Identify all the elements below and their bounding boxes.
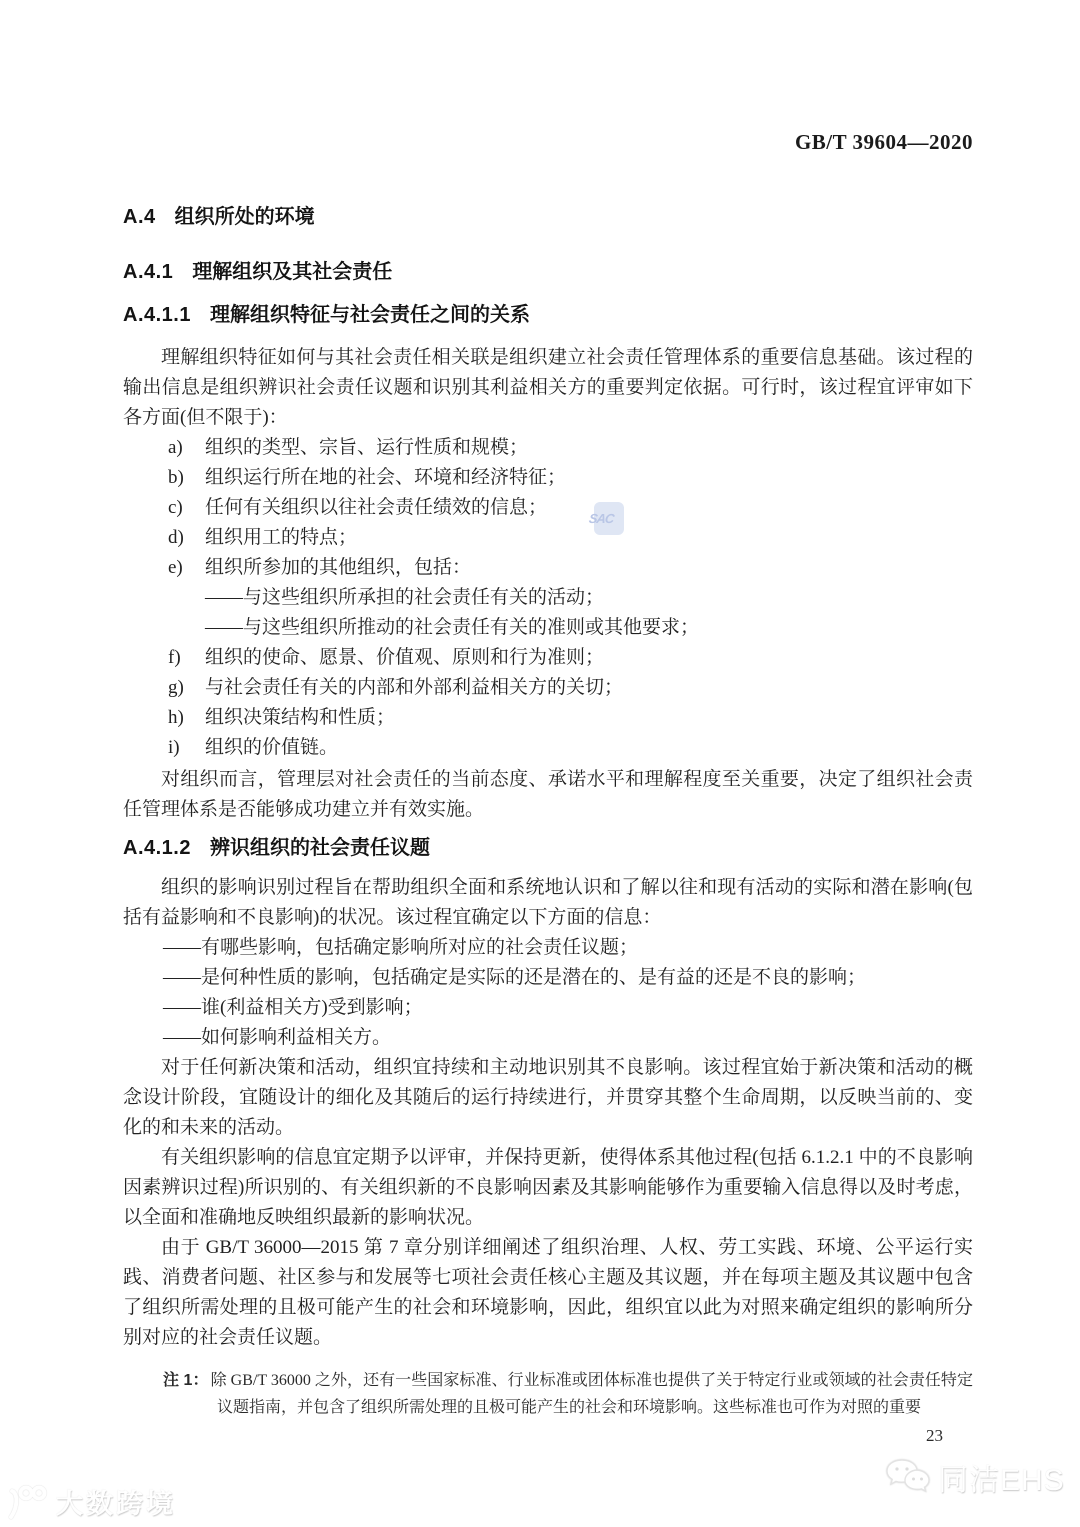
standard-code-header: GB/T 39604—2020 xyxy=(123,130,973,154)
list-item-text: 组织运行所在地的社会、环境和经济特征； xyxy=(205,467,566,488)
document-page: { "header": { "standard_code": "GB/T 396… xyxy=(0,0,1080,1527)
letter-list-2: f)组织的使命、愿景、价值观、原则和行为准则； g)与社会责任有关的内部和外部利… xyxy=(123,643,973,763)
list-item-text: 组织决策结构和性质； xyxy=(205,707,395,728)
list-item: h)组织决策结构和性质； xyxy=(123,703,973,733)
paragraph: 由于 GB/T 36000—2015 第 7 章分别详细阐述了组织治理、人权、劳… xyxy=(123,1233,973,1353)
heading-a412-title: 辨识组织的社会责任议题 xyxy=(210,837,430,859)
list-marker: h) xyxy=(168,703,184,733)
list-marker: g) xyxy=(168,673,184,703)
paragraph: 理解组织特征如何与其社会责任相关联是组织建立社会责任管理体系的重要信息基础。该过… xyxy=(123,343,973,433)
list-item-text: 任何有关组织以往社会责任绩效的信息； xyxy=(205,497,547,518)
heading-a411-label: A.4.1.1 xyxy=(123,304,191,326)
brand-watermark-right: 同洁EHS xyxy=(884,1455,1065,1499)
heading-a4-title: 组织所处的环境 xyxy=(175,206,315,228)
list-item: i)组织的价值链。 xyxy=(123,733,973,763)
list-item: g)与社会责任有关的内部和外部利益相关方的关切； xyxy=(123,673,973,703)
heading-a41-label: A.4.1 xyxy=(123,261,173,283)
paragraph: 对组织而言，管理层对社会责任的当前态度、承诺水平和理解程度至关重要，决定了组织社… xyxy=(123,765,973,825)
list-item-text: 组织的使命、愿景、价值观、原则和行为准则； xyxy=(205,647,604,668)
dash-list-item: ——与这些组织所承担的社会责任有关的活动； xyxy=(123,583,973,613)
list-marker: e) xyxy=(168,553,183,583)
brand-watermark-left-text: 大数跨境 xyxy=(56,1482,176,1521)
brand-watermark-left: 大数跨境 xyxy=(6,1482,176,1521)
list-item: c)任何有关组织以往社会责任绩效的信息； xyxy=(123,493,973,523)
list-item: a)组织的类型、宗旨、运行性质和规模； xyxy=(123,433,973,463)
list-item: f)组织的使命、愿景、价值观、原则和行为准则； xyxy=(123,643,973,673)
dashu-logo-icon xyxy=(6,1483,48,1521)
heading-a4: A.4组织所处的环境 xyxy=(123,202,973,232)
paragraph: 对于任何新决策和活动，组织宜持续和主动地识别其不良影响。该过程宜始于新决策和活动… xyxy=(123,1053,973,1143)
dash-list-item: ——有哪些影响，包括确定影响所对应的社会责任议题； xyxy=(123,933,973,963)
note-text: 除 GB/T 36000 之外，还有一些国家标准、行业标准或团体标准也提供了关于… xyxy=(211,1372,973,1416)
note-label: 注 1： xyxy=(163,1372,209,1389)
note-1: 注 1：除 GB/T 36000 之外，还有一些国家标准、行业标准或团体标准也提… xyxy=(123,1367,973,1421)
document-content: GB/T 39604—2020 A.4组织所处的环境 A.4.1理解组织及其社会… xyxy=(0,130,1080,1448)
dash-list-item: ——谁(利益相关方)受到影响； xyxy=(123,993,973,1023)
list-item-text: 与社会责任有关的内部和外部利益相关方的关切； xyxy=(205,677,623,698)
list-marker: f) xyxy=(168,643,181,673)
wechat-icon xyxy=(884,1456,932,1498)
list-item-text: 组织用工的特点； xyxy=(205,527,357,548)
e-sub-dash-list: ——与这些组织所承担的社会责任有关的活动； ——与这些组织所推动的社会责任有关的… xyxy=(123,583,973,643)
paragraph: 组织的影响识别过程旨在帮助组织全面和系统地认识和了解以往和现有活动的实际和潜在影… xyxy=(123,873,973,933)
dash-list-item: ——如何影响利益相关方。 xyxy=(123,1023,973,1053)
page-number: 23 xyxy=(123,1424,973,1448)
list-item: b)组织运行所在地的社会、环境和经济特征； xyxy=(123,463,973,493)
heading-a411: A.4.1.1理解组织特征与社会责任之间的关系 xyxy=(123,300,973,330)
list-item-text: 组织的类型、宗旨、运行性质和规模； xyxy=(205,437,528,458)
list-marker: d) xyxy=(168,523,184,553)
heading-a412: A.4.1.2辨识组织的社会责任议题 xyxy=(123,833,973,863)
heading-a4-label: A.4 xyxy=(123,206,156,228)
list-item-text: 组织的价值链。 xyxy=(205,737,338,758)
brand-watermark-right-text: 同洁EHS xyxy=(938,1455,1065,1499)
list-marker: b) xyxy=(168,463,184,493)
list-item: e)组织所参加的其他组织，包括： xyxy=(123,553,973,583)
dash-list-item: ——是何种性质的影响，包括确定是实际的还是潜在的、是有益的还是不良的影响； xyxy=(123,963,973,993)
letter-list-1: a)组织的类型、宗旨、运行性质和规模； b)组织运行所在地的社会、环境和经济特征… xyxy=(123,433,973,583)
heading-a412-label: A.4.1.2 xyxy=(123,837,191,859)
list-marker: i) xyxy=(168,733,180,763)
list-item-text: 组织所参加的其他组织，包括： xyxy=(205,557,471,578)
list-marker: a) xyxy=(168,433,183,463)
paragraph: 有关组织影响的信息宜定期予以评审，并保持更新，使得体系其他过程(包括 6.1.2… xyxy=(123,1143,973,1233)
heading-a411-title: 理解组织特征与社会责任之间的关系 xyxy=(210,304,530,326)
list-item: d)组织用工的特点； xyxy=(123,523,973,553)
heading-a41-title: 理解组织及其社会责任 xyxy=(192,261,392,283)
dash-list-item: ——与这些组织所推动的社会责任有关的准则或其他要求； xyxy=(123,613,973,643)
heading-a41: A.4.1理解组织及其社会责任 xyxy=(123,257,973,287)
section-dash-list: ——有哪些影响，包括确定影响所对应的社会责任议题； ——是何种性质的影响，包括确… xyxy=(123,933,973,1053)
list-marker: c) xyxy=(168,493,183,523)
